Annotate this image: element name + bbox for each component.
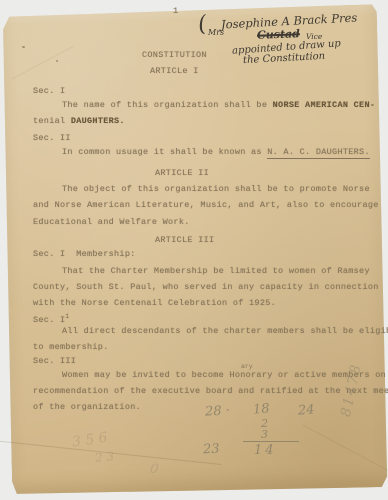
article2-heading: ARTICLE II bbox=[155, 168, 209, 178]
a3-sec2-line2: to membership. bbox=[33, 342, 109, 352]
a3-sec3-line1: Women may be invited to become Honorary … bbox=[62, 370, 388, 380]
handwritten-struck-word: Custad bbox=[257, 27, 300, 41]
a3-sec2-label-text: Sec. I bbox=[33, 315, 65, 325]
a3-sec1-line1: That the Charter Membership be limited t… bbox=[62, 266, 370, 276]
article3-heading: ARTICLE III bbox=[155, 235, 214, 245]
sec2-label: Sec. II bbox=[33, 133, 71, 143]
faint-scribble: 2 3 bbox=[94, 449, 114, 465]
article2-line3: Educational and Welfare Work. bbox=[33, 217, 190, 227]
a3-sec3-line3: of the organization. bbox=[33, 402, 141, 412]
article1-heading: ARTICLe I bbox=[150, 66, 199, 76]
a3-sec1-line3: with the Norse Centenail Celebration of … bbox=[33, 298, 276, 308]
a3-sec1-label: Sec. I Membership: bbox=[33, 249, 136, 259]
a3-sec3-label: Sec. III bbox=[33, 356, 76, 366]
pencil-number: 3 bbox=[261, 428, 268, 441]
sec1-label: Sec. I bbox=[33, 86, 65, 96]
pencil-number: 14 bbox=[254, 443, 277, 458]
pencil-number: 18 bbox=[252, 401, 270, 417]
pencil-number: 23 bbox=[203, 442, 220, 458]
article2-line1: The object of this organization shall be… bbox=[62, 184, 370, 194]
pencil-number: 28 · bbox=[205, 403, 231, 419]
sec2-line-pre: In common usuage it shall be known as bbox=[62, 147, 267, 157]
sec1-line2-caps: DAUGHTERS. bbox=[71, 116, 125, 126]
ink-speck bbox=[22, 46, 25, 48]
a3-sec3-line2: recommendation of the executive board an… bbox=[33, 386, 388, 396]
a3-sec2-line1: All direct descendants of the charter me… bbox=[62, 326, 388, 336]
ink-speck bbox=[56, 60, 58, 62]
a3-sec2-label: Sec. I1 bbox=[33, 312, 69, 325]
sec1-line2-pre: tenial bbox=[33, 116, 71, 126]
sec1-line2: tenial DAUGHTERS. bbox=[33, 116, 125, 126]
document-title: CONSTITUTION bbox=[142, 50, 207, 60]
a3-sec2-label-sup: 1 bbox=[65, 313, 69, 320]
sec2-line: In common usuage it shall be known as N.… bbox=[62, 147, 370, 157]
scanned-document-page: 1 ( Mrs Josephine A Brack Pres Custad Vi… bbox=[0, 0, 388, 500]
typed-insertion-ary: ary bbox=[241, 363, 253, 370]
article2-line2: and Norse American Literature, Music, an… bbox=[33, 200, 379, 210]
sec1-line1: The name of this organization shall be N… bbox=[62, 100, 375, 110]
pencil-sum-line bbox=[243, 441, 299, 442]
a3-sec1-line2: County, South St. Paul, who served in an… bbox=[33, 282, 379, 292]
sec1-line1-caps: NORSE AMERICAN CEN- bbox=[273, 100, 376, 110]
sec1-line1-pre: The name of this organization shall be bbox=[62, 100, 273, 110]
page-number: 1 bbox=[173, 6, 178, 16]
sec2-line-underlined: N. A. C. DAUGHTERS. bbox=[267, 147, 370, 159]
pencil-number: 24 bbox=[297, 402, 315, 418]
